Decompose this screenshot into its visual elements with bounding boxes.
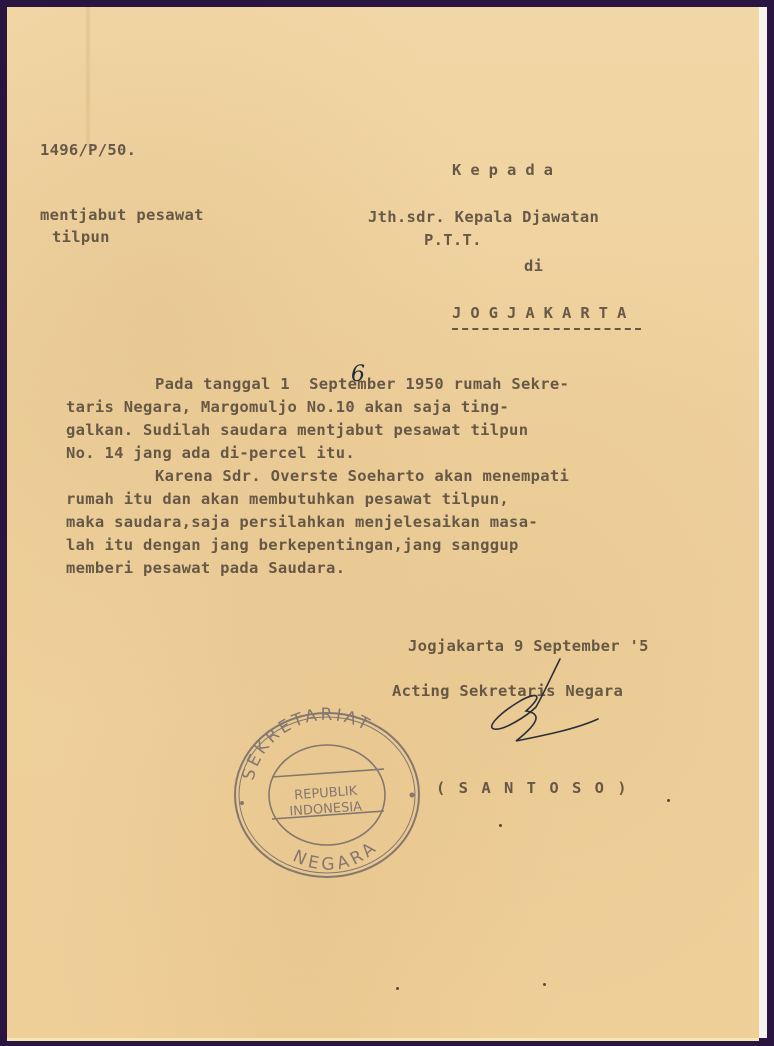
body-p2-line-1: Karena Sdr. Overste Soeharto akan menemp… <box>155 465 569 488</box>
addressee-line-2: P.T.T. <box>424 229 482 252</box>
scan-edge <box>759 7 767 1038</box>
body-p2-line-2: rumah itu dan akan membutuhkan pesawat t… <box>66 488 509 511</box>
body-p1-line-3: galkan. Sudilah saudara mentjabut pesawa… <box>66 419 528 442</box>
reference-number: 1496/P/50. <box>40 139 136 162</box>
addressee-city: JOGJAKARTA <box>452 302 641 330</box>
addressee-line-3: di <box>524 255 543 278</box>
subject-line-2: tilpun <box>52 226 110 249</box>
body-p1-line-4: No. 14 jang ada di-percel itu. <box>66 442 355 465</box>
paper-speck <box>667 799 670 802</box>
paper-speck <box>543 983 546 986</box>
body-p2-line-3: maka saudara,saja persilahkan menjelesai… <box>66 511 538 534</box>
official-stamp-icon: SEKRETARIAT NEGARA REPUBLIK INDONESIA <box>222 703 432 883</box>
subject-line-1: mentjabut pesawat <box>40 204 204 227</box>
body-p1-line-2: taris Negara, Margomuljo No.10 akan saja… <box>66 396 509 419</box>
signature-icon <box>486 655 606 745</box>
signatory-name: ( S A N T O S O ) <box>436 777 629 800</box>
salutation: Kepada <box>452 159 562 182</box>
paper-fold <box>85 7 91 147</box>
body-p2-line-4: lah itu dengan jang berkepentingan,jang … <box>66 534 519 557</box>
paper-speck <box>499 824 502 827</box>
paper-speck <box>396 987 399 990</box>
handwritten-date-digit: 6 <box>351 362 365 387</box>
addressee-line-1: Jth.sdr. Kepala Djawatan <box>368 206 599 229</box>
body-p2-line-5: memberi pesawat pada Saudara. <box>66 557 345 580</box>
